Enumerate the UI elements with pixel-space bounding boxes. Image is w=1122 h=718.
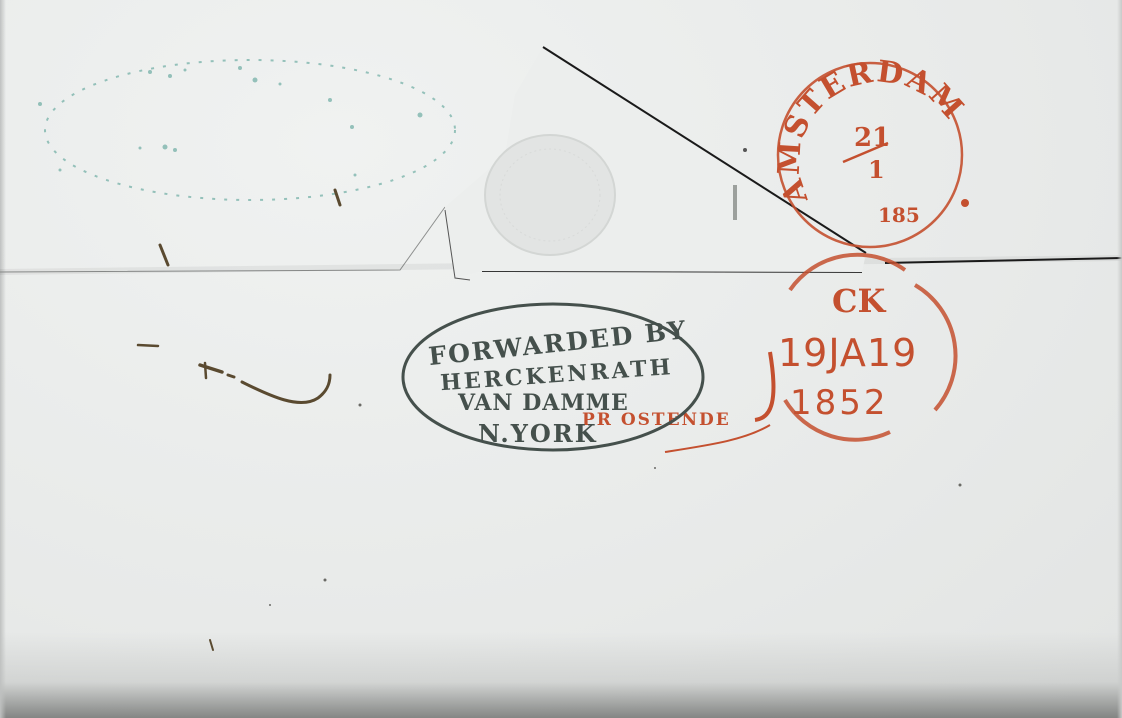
svg-text:1852: 1852 xyxy=(790,383,889,423)
svg-text:N.YORK: N.YORK xyxy=(478,419,598,448)
cover-artwork: AMSTERDAM 21 1 185 CK 19JA19 1852 PR OST… xyxy=(0,0,1122,718)
forwarding-agent-cachet: FORWARDED BY HERCKENRATH VAN DAMME N.YOR… xyxy=(403,304,703,450)
faint-teal-handstamp xyxy=(38,60,455,200)
svg-text:1: 1 xyxy=(868,155,885,184)
svg-text:185: 185 xyxy=(878,203,920,227)
paper-specks xyxy=(269,404,962,607)
svg-text:19JA19: 19JA19 xyxy=(778,331,917,375)
london-transit-postmark: CK 19JA19 1852 xyxy=(778,255,956,440)
amsterdam-postmark: AMSTERDAM 21 1 185 xyxy=(772,54,971,247)
cover-back: AMSTERDAM 21 1 185 CK 19JA19 1852 PR OST… xyxy=(0,0,1122,718)
manuscript-marks xyxy=(138,190,340,650)
svg-text:VAN DAMME: VAN DAMME xyxy=(457,390,629,416)
svg-text:CK: CK xyxy=(832,282,886,320)
wax-seal-impression xyxy=(485,135,615,255)
